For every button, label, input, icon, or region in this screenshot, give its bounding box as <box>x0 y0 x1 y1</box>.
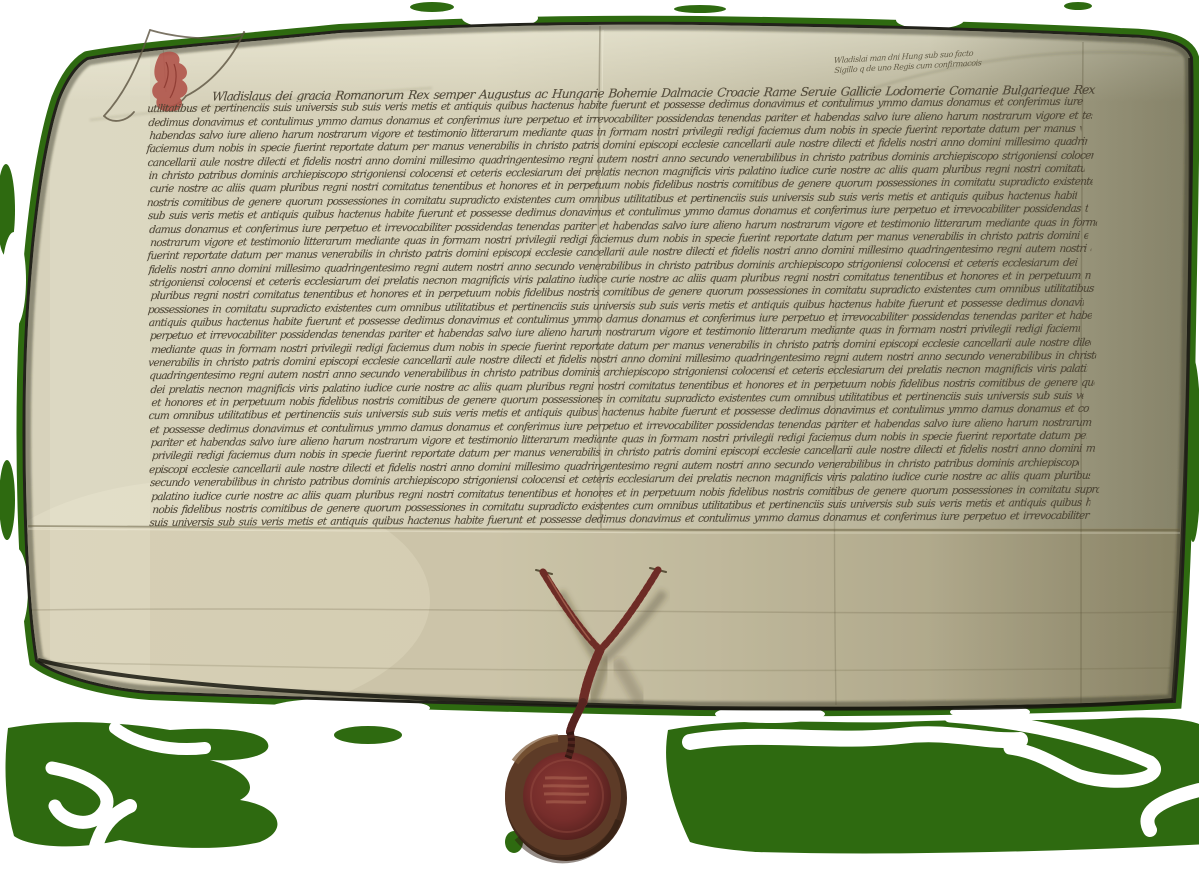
charter-artwork <box>0 0 1199 870</box>
charter-photograph: Wladislaus dei gracia Romanorum Rex semp… <box>0 0 1199 870</box>
